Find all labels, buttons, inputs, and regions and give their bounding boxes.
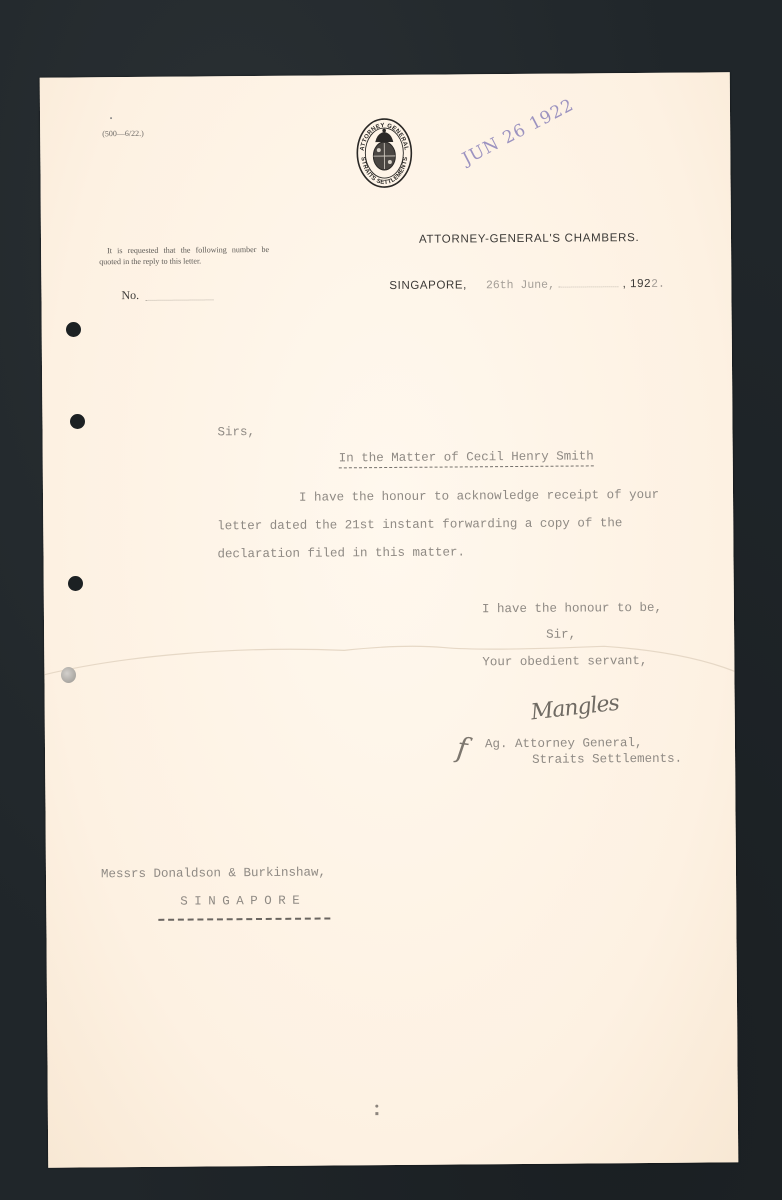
closing-line-1: I have the honour to be, bbox=[482, 601, 662, 616]
letter-page: (500—6/22.) ATTORNEY GENERAL STRAITS SET… bbox=[40, 72, 739, 1167]
salutation: Sirs, bbox=[217, 425, 255, 439]
paper-fold-crease bbox=[44, 637, 734, 682]
attorney-general-seal-icon: ATTORNEY GENERAL STRAITS SETTLEMENTS bbox=[355, 116, 414, 190]
received-date-stamp: JUN 26 1922 bbox=[459, 95, 577, 169]
body-line-3: declaration filed in this matter. bbox=[217, 545, 465, 561]
reference-number-label: No. bbox=[121, 288, 139, 303]
dateline-blank bbox=[559, 286, 619, 287]
address-city: SINGAPORE bbox=[180, 894, 306, 909]
addressee: Messrs Donaldson & Burkinshaw, bbox=[101, 866, 326, 882]
body-line-1: I have the honour to acknowledge receipt… bbox=[299, 488, 659, 505]
signatory-title-line-1: Ag. Attorney General, bbox=[485, 736, 643, 751]
signatory-title-line-2: Straits Settlements. bbox=[532, 752, 682, 767]
punch-hole bbox=[66, 322, 81, 337]
subject-line: In the Matter of Cecil Henry Smith bbox=[339, 449, 594, 468]
punch-hole-reinforced bbox=[61, 667, 76, 683]
dateline: SINGAPORE, 26th June, , 1922. bbox=[389, 278, 665, 293]
dateline-place: SINGAPORE, bbox=[389, 279, 467, 292]
reference-request-note: It is requested that the following numbe… bbox=[99, 245, 269, 267]
handwritten-signature: Mangles bbox=[530, 691, 620, 726]
handwritten-for-mark: f bbox=[455, 731, 470, 765]
form-code: (500—6/22.) bbox=[102, 129, 144, 138]
staple-marks bbox=[373, 1100, 381, 1120]
punch-hole bbox=[68, 576, 83, 591]
dateline-day-month: 26th June, bbox=[486, 279, 555, 293]
body-line-2: letter dated the 21st instant forwarding… bbox=[217, 516, 622, 533]
form-dot bbox=[110, 117, 112, 119]
reference-number-blank bbox=[145, 299, 213, 301]
address-underline bbox=[158, 917, 330, 920]
punch-hole bbox=[70, 414, 85, 429]
dateline-year-suffix: 2. bbox=[651, 278, 665, 291]
dateline-year-prefix: , 192 bbox=[622, 278, 651, 290]
letterhead-title: ATTORNEY-GENERAL'S CHAMBERS. bbox=[419, 232, 639, 246]
